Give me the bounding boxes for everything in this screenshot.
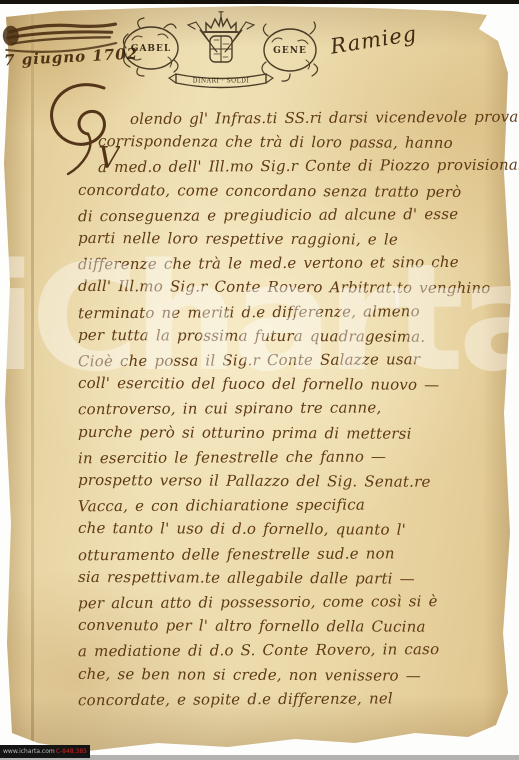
manuscript-line: di conseguenza e pregiudicio ad alcune d… [78, 202, 493, 229]
stamp-left-label: GABEL [131, 44, 171, 54]
manuscript-line: per alcun atto di possessorio, come così… [78, 589, 493, 616]
manuscript-photo: 7 giugno 1702 Ramieg [0, 0, 519, 760]
manuscript-line: che, se ben non si crede, non venissero … [78, 662, 493, 688]
credit-site-url: www.icharta.com [3, 748, 55, 755]
manuscript-line: differenze che trà le med.e vertono et s… [78, 250, 493, 277]
manuscript-line: concordato, come concordano senza tratto… [78, 178, 493, 204]
manuscript-line: dall' Ill.mo Sig.r Conte Rovero Arbitrat… [78, 274, 493, 300]
manuscript-line: corrispondenza che trà di loro passa, ha… [78, 129, 493, 155]
manuscript-line: parti nelle loro respettive raggioni, e … [78, 226, 493, 252]
manuscript-line: otturamento delle fenestrelle sud.e non [78, 540, 493, 567]
manuscript-line: concordate, e sopite d.e differenze, nel [78, 686, 493, 713]
manuscript-line: a mediatione di d.o S. Conte Rovero, in … [78, 637, 493, 664]
manuscript-line: che tanto l' uso di d.o fornello, quanto… [78, 516, 493, 542]
manuscript-line: Vacca, e con dichiaratione specifica [78, 492, 493, 519]
manuscript-line: controverso, in cui spirano tre canne, [78, 395, 493, 422]
revenue-stamp: GABEL GENE DINARI · SOLDI [118, 10, 323, 96]
manuscript-line: terminato ne meriti d.e differenze, alme… [78, 298, 493, 325]
manuscript-line: purche però si otturino prima di metters… [78, 420, 493, 446]
manuscript-line: in esercitio le fenestrelle che fanno — [78, 444, 493, 471]
manuscript-line: Cioè che possa il Sig.r Conte Salazze us… [78, 347, 493, 374]
stamp-right-label: GENE [273, 46, 307, 56]
manuscript-line: convenuto per l' altro fornello della Cu… [78, 613, 493, 639]
manuscript-body: olendo gl' Infras.ti SS.ri darsi vicende… [0, 106, 519, 711]
manuscript-line: per tutta la prossima futura quadragesim… [78, 323, 493, 349]
credit-item-code: C-848.385 [56, 748, 87, 755]
manuscript-line: sia respettivam.te allegabile dalle part… [78, 565, 493, 591]
manuscript-line: a med.o dell' Ill.mo Sig.r Conte di Pioz… [78, 153, 493, 180]
photo-top-edge [0, 0, 519, 4]
manuscript-line: prospetto verso il Pallazzo del Sig. Sen… [78, 468, 493, 494]
stamp-banner-label: DINARI · SOLDI [193, 78, 250, 85]
manuscript-line: olendo gl' Infras.ti SS.ri darsi vicende… [78, 105, 493, 132]
manuscript-line: coll' esercitio del fuoco del fornello n… [78, 371, 493, 397]
credit-bar: www.icharta.com C-848.385 [0, 745, 90, 758]
